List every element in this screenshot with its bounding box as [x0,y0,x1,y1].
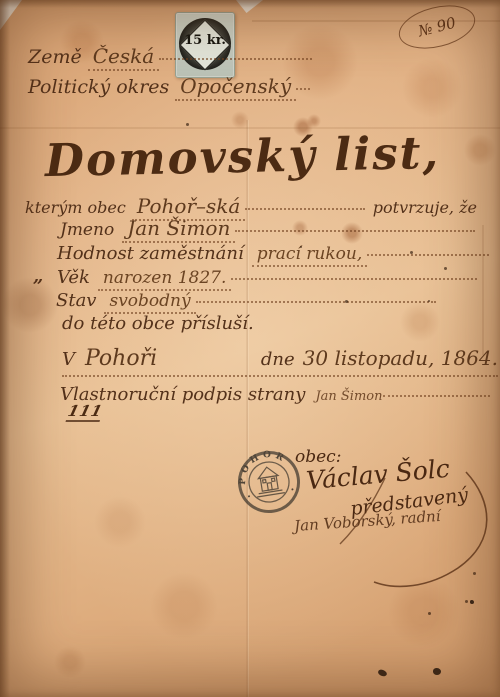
seal-house-icon [253,465,285,497]
dotted-line [383,395,491,397]
torn-notch [233,0,263,13]
age-line: Věk narozen 1827. [57,267,477,291]
ink-blob [377,669,388,678]
name-value: Jan Šimon [122,216,235,243]
dotted-line [196,301,436,303]
ink-spot [186,123,189,126]
land-line: Země Česká [28,44,312,71]
occupation-label: Hodnost zaměstnání [57,243,244,264]
district-label: Politický okres [28,76,169,98]
district-value: Opočenský [175,74,296,101]
illiterate-mark: 111 [66,402,105,422]
ink-spot [444,267,447,270]
ink-spot [473,572,476,575]
signature-witness: Jan Voborský, radní [294,507,442,535]
land-label: Země [28,46,82,68]
party-signature-value: Jan Šimon [315,389,382,404]
reference-number: № 90 [416,14,457,41]
edge-shadow-left [0,0,10,697]
belongs-line: do této obce přísluší. [62,313,254,334]
dotted-line [159,58,312,60]
name-label: Jmeno [60,220,114,240]
place-date-line: V Pohoři dne 30 listopadu, 1864. [62,346,498,377]
ink-spot [465,600,468,603]
dotted-line [296,88,310,90]
status-label: Stav [56,290,96,311]
occupation-value: prací rukou, [252,244,367,267]
municipality-suffix: potvrzuje, že [373,198,477,217]
name-line: Jmeno Jan Šimon [60,216,475,243]
ink-spot [300,246,302,248]
place-value: Pohoři [85,346,157,371]
ink-spot [428,612,431,615]
party-signature-line: Vlastnoruční podpis strany Jan Šimon [60,384,490,405]
status-line: Stav svobodný [56,290,436,314]
municipality-prefix: kterým obec [25,198,126,217]
ink-spot [428,300,430,302]
dotted-line [367,254,489,256]
status-value: svobodný [104,291,195,314]
ink-spot [410,251,413,254]
reference-number-flourish: № 90 [394,0,479,56]
date-value: 30 listopadu, 1864. [303,346,498,370]
occupation-line: Hodnost zaměstnání prací rukou, [57,243,489,267]
date-label: dne [261,349,295,370]
dotted-line [235,230,475,232]
torn-corner [0,0,22,30]
belongs-text: do této obce přísluší. [62,313,254,334]
ink-blob [433,668,441,675]
age-value: narozen 1827. [98,268,231,291]
age-label: Věk [57,267,90,288]
place-prefix: V [62,349,75,370]
ink-spot [345,300,348,303]
district-line: Politický okres Opočenský [28,74,310,101]
land-value: Česká [88,44,159,71]
dotted-line [231,278,477,280]
dotted-line [245,208,364,210]
ditto-mark: „ [33,266,43,287]
document-title: Domovský list, [39,126,445,187]
document-scan: № 90 15 kr. Země Česká Politický okres O… [0,0,500,697]
ink-blob [470,600,474,604]
